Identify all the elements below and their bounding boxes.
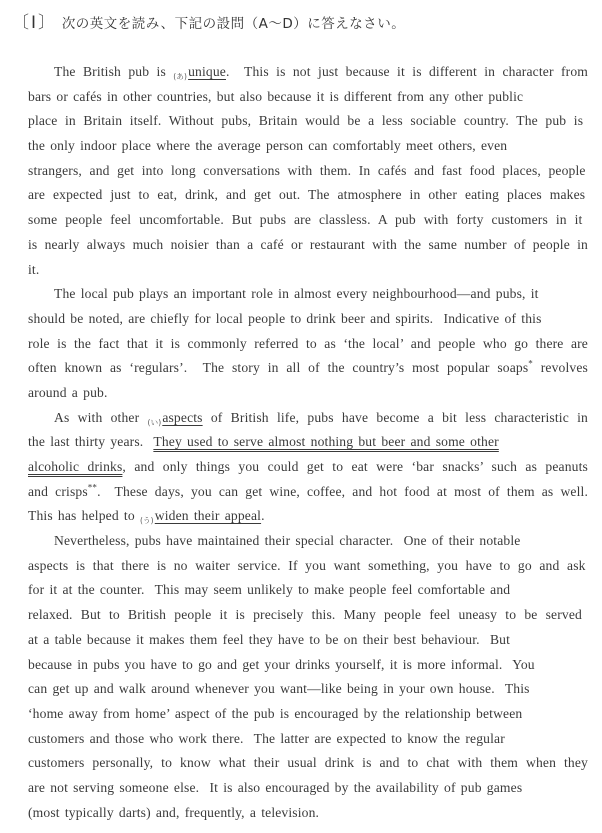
instruction-text: 次の英文を読み、下記の設問（A～D）に答えなさい。 <box>62 16 405 32</box>
text: the last thirty years. <box>28 434 153 449</box>
text: , and only things you could get to eat w… <box>122 459 588 474</box>
text: of British life, pubs have become a bit … <box>203 410 588 425</box>
passage-line: role is the fact that it is commonly ref… <box>28 332 588 357</box>
passage-line: the only indoor place where the average … <box>28 134 588 159</box>
passage-line: This has helped to (う)widen their appeal… <box>28 504 588 529</box>
passage-line: because in pubs you have to go and get y… <box>28 653 588 678</box>
section-number: Ⅰ <box>31 13 38 32</box>
text: and crisps <box>28 484 88 499</box>
paragraph-3: As with other (い)aspects of British life… <box>28 406 588 529</box>
paragraph-2: The local pub plays an important role in… <box>28 282 588 405</box>
footnote-marker: ** <box>88 482 97 492</box>
passage-line: aspects is that there is no waiter servi… <box>28 554 588 579</box>
passage-line: customers personally, to know what their… <box>28 751 588 776</box>
reading-passage: The British pub is (あ)unique. This is no… <box>28 60 588 825</box>
marker-a: (あ) <box>173 72 187 81</box>
passage-line: can get up and walk around whenever you … <box>28 677 588 702</box>
text: . <box>261 508 265 523</box>
passage-line: some people feel uncomfortable. But pubs… <box>28 208 588 233</box>
passage-line: it. <box>28 258 588 283</box>
passage-line: often known as ‘regulars’. The story in … <box>28 356 588 381</box>
passage-line: The British pub is (あ)unique. This is no… <box>28 60 588 85</box>
text: often known as ‘regulars’. The story in … <box>28 360 528 375</box>
passage-line: are expected just to eat, drink, and get… <box>28 183 588 208</box>
passage-line: (most typically darts) and, frequently, … <box>28 801 588 826</box>
passage-line: alcoholic drinks, and only things you co… <box>28 455 588 480</box>
underlined-widen-their-appeal: widen their appeal <box>155 508 261 523</box>
passage-line: at a table because it makes them feel th… <box>28 628 588 653</box>
passage-line: As with other (い)aspects of British life… <box>28 406 588 431</box>
passage-line: The local pub plays an important role in… <box>28 282 588 307</box>
passage-line: are not serving someone else. It is also… <box>28 776 588 801</box>
passage-line: and crisps**. These days, you can get wi… <box>28 480 588 505</box>
text: This has helped to <box>28 508 140 523</box>
text: . These days, you can get wine, coffee, … <box>97 484 588 499</box>
double-underlined-sentence: They used to serve almost nothing but be… <box>153 434 498 449</box>
passage-line: is nearly always much noisier than a caf… <box>28 233 588 258</box>
question-heading: 〔Ⅰ〕 次の英文を読み、下記の設問（A～D）に答えなさい。 <box>12 8 405 33</box>
section-bracket-close: 〕 <box>38 13 57 32</box>
text: . This is not just because it is differe… <box>226 64 588 79</box>
section-bracket-open: 〔 <box>12 13 31 32</box>
marker-i: (い) <box>148 418 162 427</box>
passage-line: place in Britain itself. Without pubs, B… <box>28 109 588 134</box>
passage-line: customers and those who work there. The … <box>28 727 588 752</box>
text: As with other <box>54 410 148 425</box>
passage-line: relaxed. But to British people it is pre… <box>28 603 588 628</box>
underlined-aspects: aspects <box>162 410 202 425</box>
double-underlined-sentence-end: alcoholic drinks <box>28 459 122 474</box>
passage-line: Nevertheless, pubs have maintained their… <box>28 529 588 554</box>
text: revolves <box>533 360 588 375</box>
passage-line: bars or cafés in other countries, but al… <box>28 85 588 110</box>
marker-u: (う) <box>140 516 154 525</box>
passage-line: strangers, and get into long conversatio… <box>28 159 588 184</box>
underlined-unique: unique <box>188 64 226 79</box>
passage-line: should be noted, are chiefly for local p… <box>28 307 588 332</box>
paragraph-4: Nevertheless, pubs have maintained their… <box>28 529 588 825</box>
passage-line: ‘home away from home’ aspect of the pub … <box>28 702 588 727</box>
paragraph-1: The British pub is (あ)unique. This is no… <box>28 60 588 282</box>
passage-line: around a pub. <box>28 381 588 406</box>
passage-line: for it at the counter. This may seem unl… <box>28 578 588 603</box>
text: The British pub is <box>54 64 173 79</box>
